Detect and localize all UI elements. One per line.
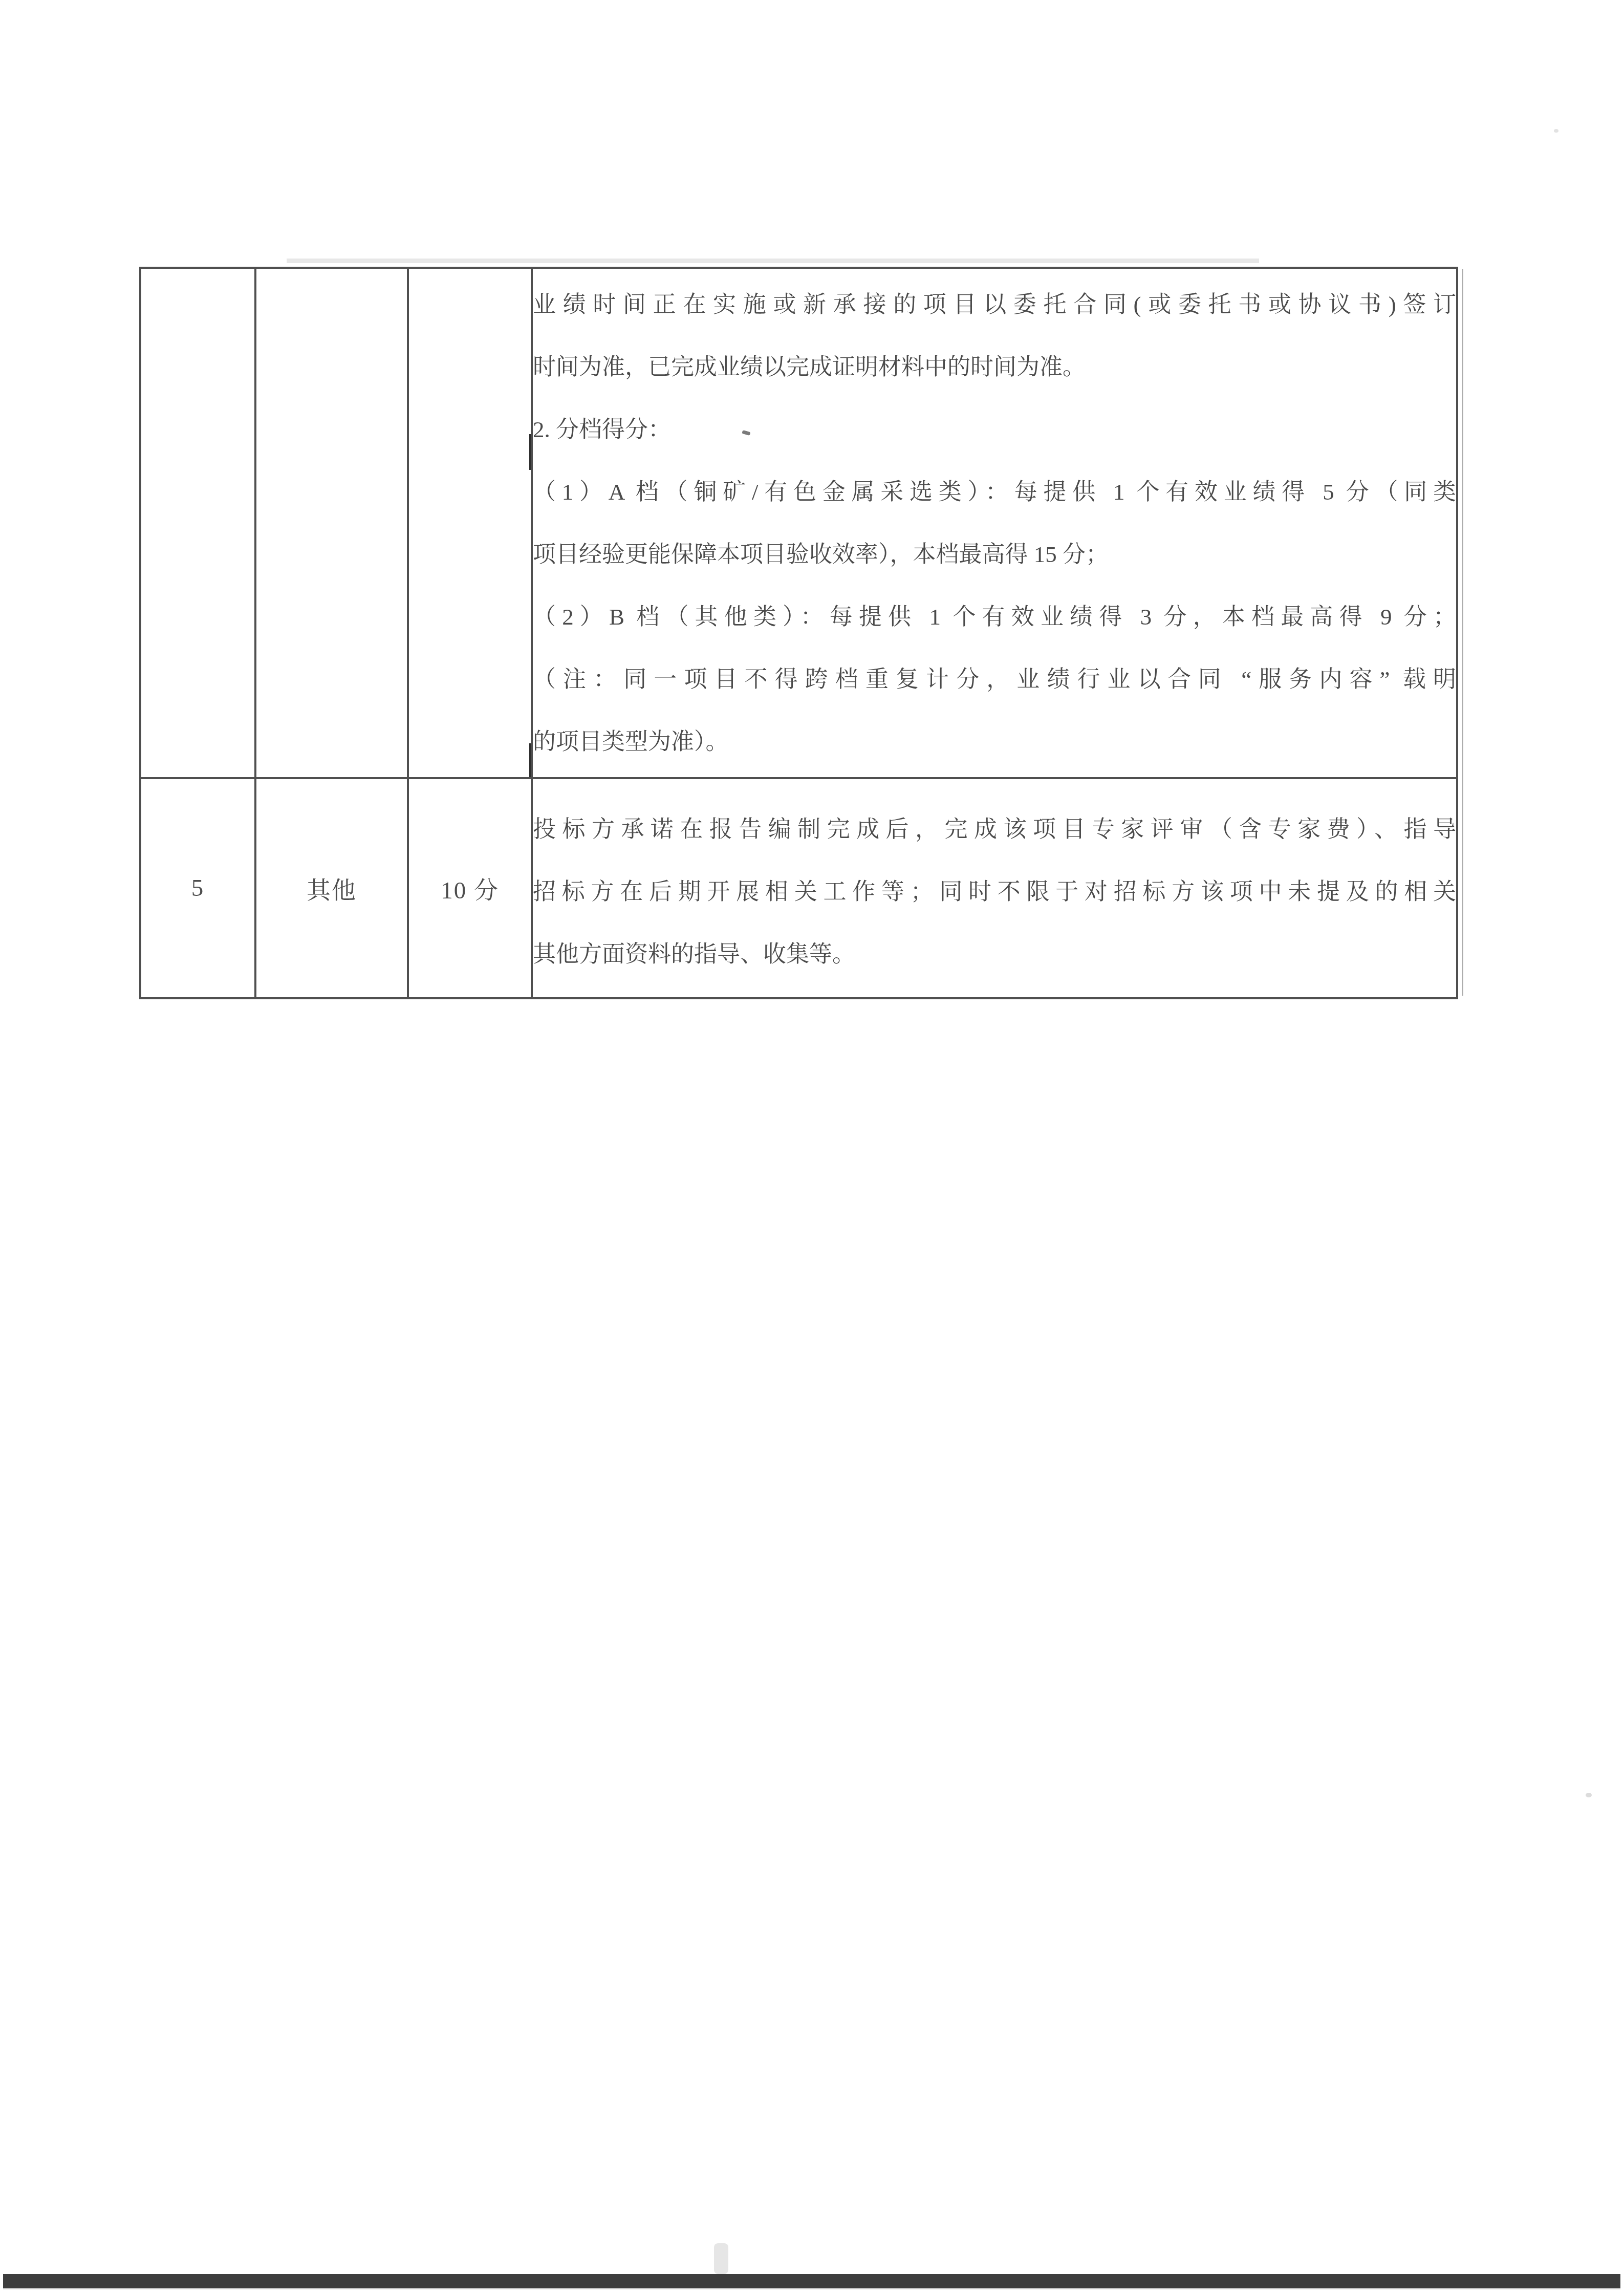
scan-artifact-speck: [1586, 1793, 1592, 1797]
scan-artifact-right-border-shadow: [1462, 269, 1463, 996]
cell-score: 10 分: [408, 778, 532, 998]
criteria-line: （注：同一项目不得跨档重复计分，业绩行业以合同 “服务内容” 载明: [533, 648, 1456, 711]
scan-artifact-top-smear: [287, 259, 1259, 263]
evaluation-table-wrap: 业绩时间正在实施或新承接的项目以委托合同(或委托书或协议书)签订 时间为准，已完…: [139, 267, 1458, 999]
table-row-continuation: 业绩时间正在实施或新承接的项目以委托合同(或委托书或协议书)签订 时间为准，已完…: [140, 268, 1457, 778]
criteria-line: 招标方在后期开展相关工作等；同时不限于对招标方该项中未提及的相关: [533, 861, 1456, 923]
criteria-line: 2. 分档得分：: [533, 398, 1456, 461]
scan-artifact-bottom-bar-edge: [3, 2288, 1620, 2289]
criteria-line: 投标方承诺在报告编制完成后，完成该项目专家评审（含专家费）、指导: [533, 798, 1456, 861]
cell-row-number: [140, 268, 255, 778]
cell-category: [255, 268, 408, 778]
criteria-line: （2）B 档（其他类）：每提供 1 个有效业绩得 3 分，本档最高得 9 分；: [533, 586, 1456, 648]
cell-score: [408, 268, 532, 778]
criteria-line: 的项目类型为准）。: [533, 711, 1456, 773]
cell-category: 其他: [255, 778, 408, 998]
scan-artifact-speck: [1554, 129, 1558, 133]
table-row-5: 5 其他 10 分 投标方承诺在报告编制完成后，完成该项目专家评审（含专家费）、…: [140, 778, 1457, 998]
criteria-line: 时间为准，已完成业绩以完成证明材料中的时间为准。: [533, 336, 1456, 398]
cell-criteria: 投标方承诺在报告编制完成后，完成该项目专家评审（含专家费）、指导 招标方在后期开…: [532, 778, 1457, 998]
scan-artifact-bottom-bar: [3, 2274, 1620, 2288]
criteria-line: 项目经验更能保障本项目验收效率），本档最高得 15 分；: [533, 523, 1456, 586]
criteria-line: （1）A 档（铜矿/有色金属采选类）：每提供 1 个有效业绩得 5 分（同类: [533, 461, 1456, 523]
cell-criteria: 业绩时间正在实施或新承接的项目以委托合同(或委托书或协议书)签订 时间为准，已完…: [532, 268, 1457, 778]
cell-row-number: 5: [140, 778, 255, 998]
evaluation-table: 业绩时间正在实施或新承接的项目以委托合同(或委托书或协议书)签订 时间为准，已完…: [139, 267, 1458, 999]
scan-artifact-smudge: [714, 2243, 728, 2274]
scanned-document-page: { "colors": { "page_background": "#fffff…: [0, 0, 1624, 2296]
criteria-line: 业绩时间正在实施或新承接的项目以委托合同(或委托书或协议书)签订: [533, 273, 1456, 336]
criteria-line: 其他方面资料的指导、收集等。: [533, 923, 1456, 985]
